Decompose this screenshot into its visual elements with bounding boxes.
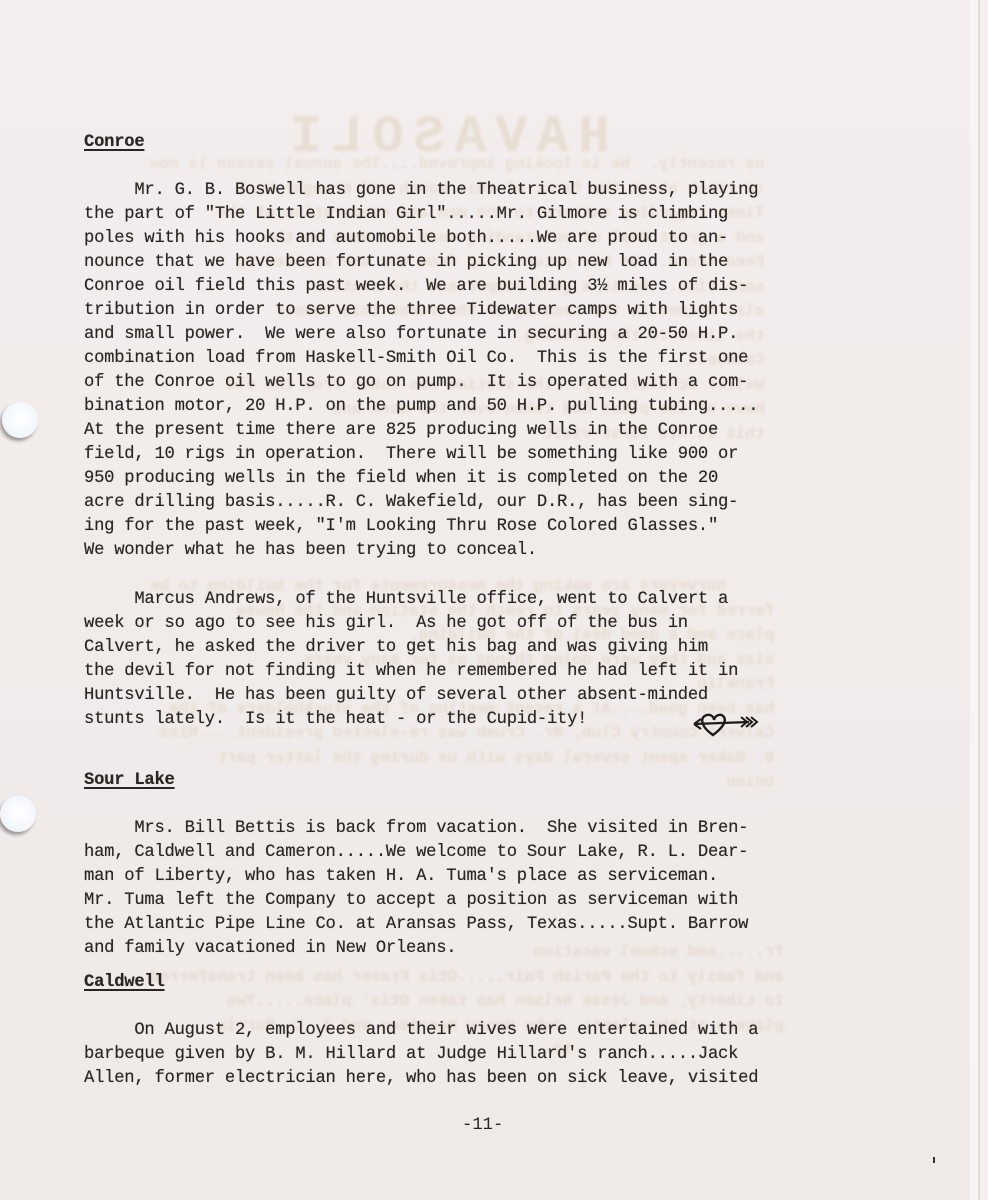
section-heading-sour-lake: Sour Lake [84, 769, 175, 793]
section-heading-conroe: Conroe [84, 131, 144, 155]
ink-speck [933, 1157, 935, 1163]
punch-hole [2, 402, 38, 438]
punch-hole [0, 796, 36, 832]
page-edge [970, 0, 978, 1200]
bleed-through-title: HAVASOLI [280, 108, 610, 167]
heart-arrow-icon [691, 709, 761, 739]
page-number: -11- [462, 1116, 503, 1135]
paragraph-caldwell: On August 2, employees and their wives w… [84, 1019, 758, 1091]
document-page: HAVASOLI us recently. He is looking impr… [0, 0, 980, 1200]
paragraph-sour-lake: Mrs. Bill Bettis is back from vacation. … [84, 817, 748, 961]
section-heading-caldwell: Caldwell [84, 971, 165, 995]
paragraph-conroe-2: Marcus Andrews, of the Huntsville office… [84, 588, 738, 732]
paragraph-conroe-1: Mr. G. B. Boswell has gone in the Theatr… [84, 179, 758, 563]
